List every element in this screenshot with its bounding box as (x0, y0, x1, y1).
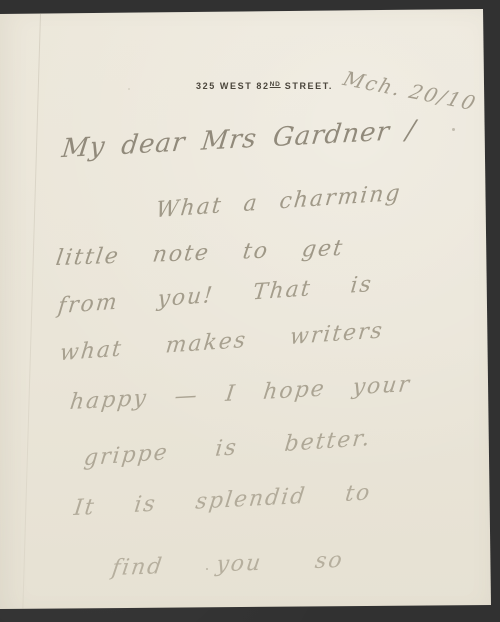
fold-crease (22, 14, 41, 609)
body-line: from you! That is (57, 272, 374, 319)
handwritten-date: Mch. 20/10 (340, 67, 480, 116)
letterhead-prefix: 325 WEST 82 (196, 81, 270, 91)
letter-paper: 325 WEST 82ND STREET. Mch. 20/10 My dear… (0, 0, 500, 622)
body-line: grippe is better. (83, 426, 373, 471)
letter-photo: 325 WEST 82ND STREET. Mch. 20/10 My dear… (0, 0, 500, 622)
letterhead-address: 325 WEST 82ND STREET. (196, 81, 333, 91)
body-line: find you so (110, 548, 345, 581)
body-line: What a charming (155, 181, 403, 223)
body-line: what makes writers (59, 318, 385, 366)
paper-speck (452, 128, 455, 131)
letterhead-suffix: STREET. (281, 81, 333, 91)
body-line: little note to get (54, 236, 345, 271)
body-line: happy — I hope your (68, 372, 412, 415)
salutation: My dear Mrs Gardner / (60, 115, 418, 164)
body-line: It is splendid to (72, 480, 372, 521)
letterhead-ordinal-superscript: ND (270, 81, 281, 88)
paper-speck (128, 88, 130, 90)
